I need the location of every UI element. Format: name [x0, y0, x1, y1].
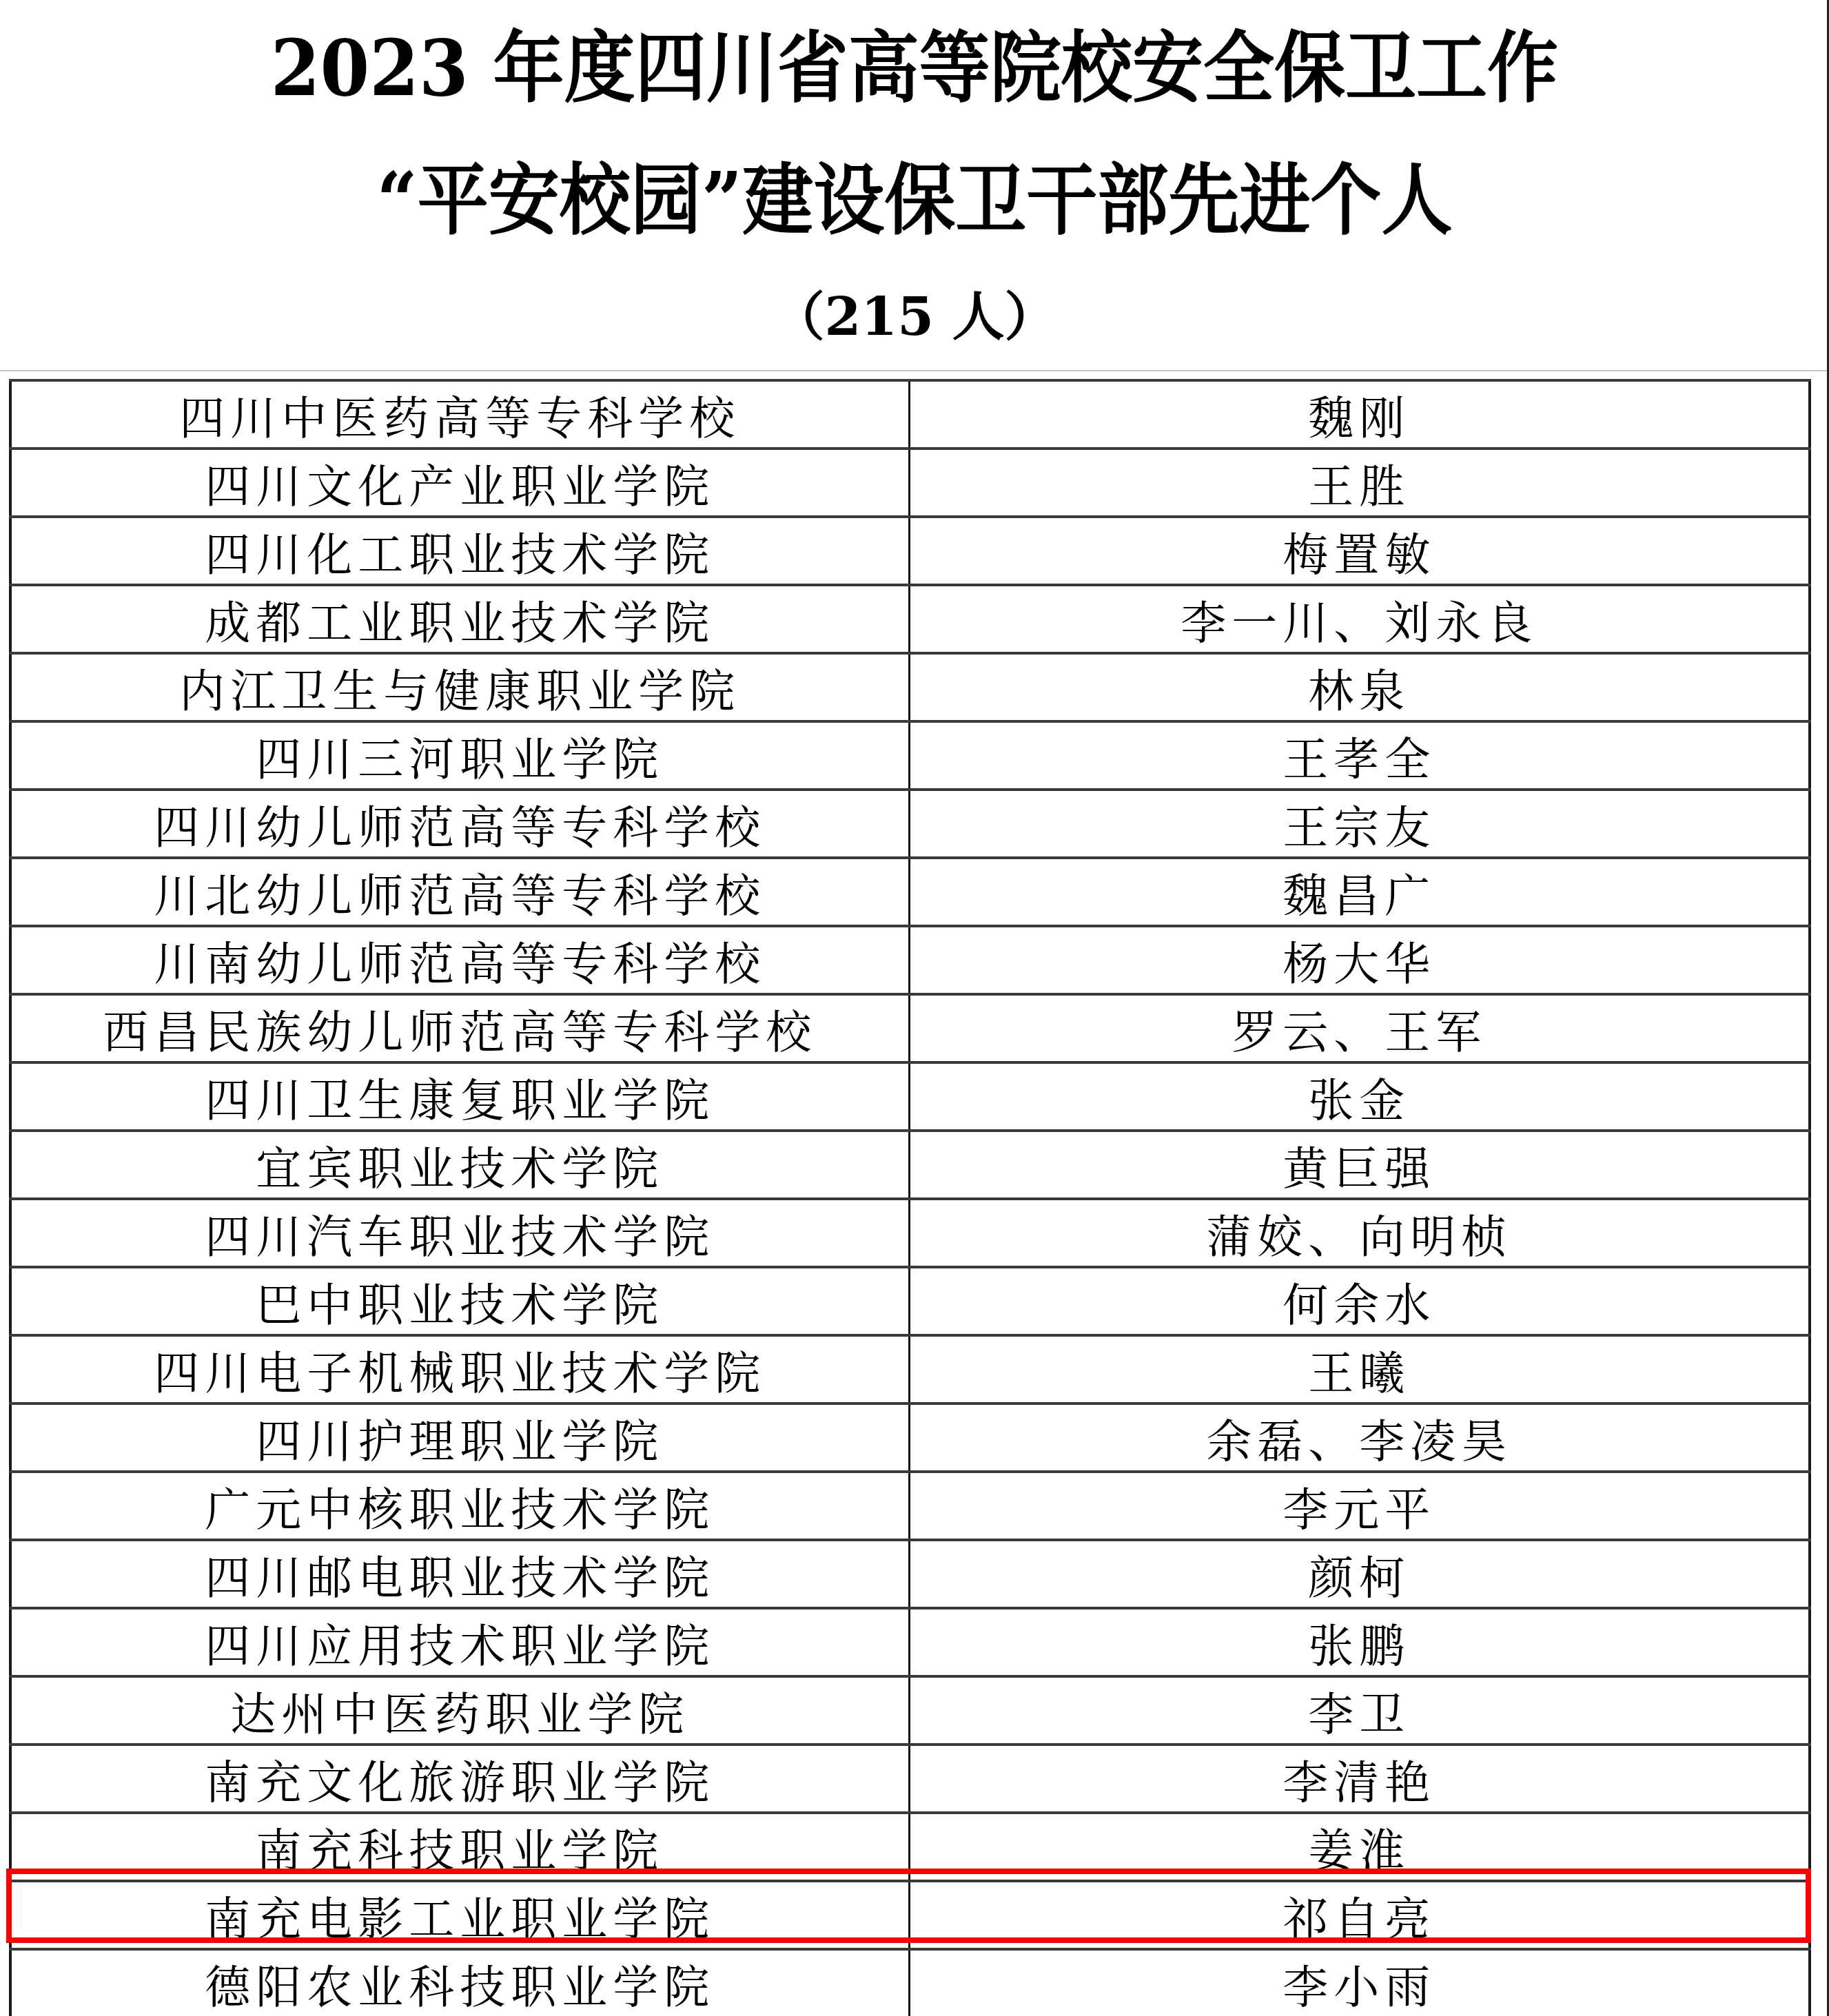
school-cell: 四川幼儿师范高等专科学校 — [10, 790, 909, 858]
document-title-line-1: 2023 年度四川省高等院校安全保卫工作 — [73, 21, 1756, 117]
school-cell: 四川电子机械职业技术学院 — [10, 1335, 909, 1403]
recipient-name-cell: 梅置敏 — [909, 517, 1810, 585]
recipient-name-cell: 罗云、王军 — [909, 994, 1810, 1062]
school-cell: 四川应用技术职业学院 — [10, 1608, 909, 1676]
school-cell: 达州中医药职业学院 — [10, 1676, 909, 1745]
school-cell: 内江卫生与健康职业学院 — [10, 653, 909, 721]
table-row: 四川卫生康复职业学院张金 — [10, 1062, 1810, 1131]
school-cell: 南充文化旅游职业学院 — [10, 1745, 909, 1813]
school-cell: 四川卫生康复职业学院 — [10, 1062, 909, 1131]
school-cell: 四川文化产业职业学院 — [10, 449, 909, 517]
header-divider — [0, 370, 1829, 371]
table-row: 成都工业职业技术学院李一川、刘永良 — [10, 585, 1810, 653]
table-row: 南充文化旅游职业学院李清艳 — [10, 1745, 1810, 1813]
recipient-name-cell: 李卫 — [909, 1676, 1810, 1745]
recipient-name-cell: 林泉 — [909, 653, 1810, 721]
table-row: 达州中医药职业学院李卫 — [10, 1676, 1810, 1745]
recipient-count: （215 人） — [0, 282, 1829, 351]
recipient-name-cell: 杨大华 — [909, 926, 1810, 994]
school-cell: 巴中职业技术学院 — [10, 1267, 909, 1335]
school-cell: 四川汽车职业技术学院 — [10, 1199, 909, 1267]
recipient-name-cell: 李清艳 — [909, 1745, 1810, 1813]
school-cell: 四川护理职业学院 — [10, 1403, 909, 1472]
recipient-name-cell: 姜淮 — [909, 1813, 1810, 1881]
recipient-name-cell: 王曦 — [909, 1335, 1810, 1403]
table-row: 巴中职业技术学院何余水 — [10, 1267, 1810, 1335]
table-row: 广元中核职业技术学院李元平 — [10, 1472, 1810, 1540]
document-title-line-2: “平安校园”建设保卫干部先进个人 — [73, 153, 1756, 249]
recipient-name-cell: 张鹏 — [909, 1608, 1810, 1676]
table-row: 宜宾职业技术学院黄巨强 — [10, 1131, 1810, 1199]
recipient-name-cell: 张金 — [909, 1062, 1810, 1131]
table-row: 川南幼儿师范高等专科学校杨大华 — [10, 926, 1810, 994]
table-row: 川北幼儿师范高等专科学校魏昌广 — [10, 858, 1810, 926]
table-row: 德阳农业科技职业学院李小雨 — [10, 1949, 1810, 2016]
table-row: 南充科技职业学院姜淮 — [10, 1813, 1810, 1881]
recipient-name-cell: 黄巨强 — [909, 1131, 1810, 1199]
table-row: 四川化工职业技术学院梅置敏 — [10, 517, 1810, 585]
table-row: 四川幼儿师范高等专科学校王宗友 — [10, 790, 1810, 858]
recipient-name-cell: 颜柯 — [909, 1540, 1810, 1608]
recipient-name-cell: 余磊、李凌昊 — [909, 1403, 1810, 1472]
table-row: 四川汽车职业技术学院蒲姣、向明桢 — [10, 1199, 1810, 1267]
table-row: 四川电子机械职业技术学院王曦 — [10, 1335, 1810, 1403]
school-cell: 川北幼儿师范高等专科学校 — [10, 858, 909, 926]
table-row: 内江卫生与健康职业学院林泉 — [10, 653, 1810, 721]
school-cell: 川南幼儿师范高等专科学校 — [10, 926, 909, 994]
school-cell: 四川邮电职业技术学院 — [10, 1540, 909, 1608]
recipient-name-cell: 祁自亮 — [909, 1881, 1810, 1949]
award-table: 四川中医药高等专科学校魏刚四川文化产业职业学院王胜四川化工职业技术学院梅置敏成都… — [9, 379, 1811, 2016]
recipient-name-cell: 李小雨 — [909, 1949, 1810, 2016]
school-cell: 南充电影工业职业学院 — [10, 1881, 909, 1949]
table-row: 四川护理职业学院余磊、李凌昊 — [10, 1403, 1810, 1472]
table-row: 四川三河职业学院王孝全 — [10, 721, 1810, 790]
award-table-body: 四川中医药高等专科学校魏刚四川文化产业职业学院王胜四川化工职业技术学院梅置敏成都… — [10, 380, 1810, 2016]
school-cell: 德阳农业科技职业学院 — [10, 1949, 909, 2016]
recipient-name-cell: 魏刚 — [909, 380, 1810, 449]
school-cell: 成都工业职业技术学院 — [10, 585, 909, 653]
school-cell: 四川中医药高等专科学校 — [10, 380, 909, 449]
table-row: 西昌民族幼儿师范高等专科学校罗云、王军 — [10, 994, 1810, 1062]
school-cell: 南充科技职业学院 — [10, 1813, 909, 1881]
table-row-highlighted: 南充电影工业职业学院祁自亮 — [10, 1881, 1810, 1949]
table-row: 四川应用技术职业学院张鹏 — [10, 1608, 1810, 1676]
recipient-name-cell: 王胜 — [909, 449, 1810, 517]
recipient-name-cell: 李一川、刘永良 — [909, 585, 1810, 653]
school-cell: 广元中核职业技术学院 — [10, 1472, 909, 1540]
recipient-name-cell: 王宗友 — [909, 790, 1810, 858]
table-row: 四川文化产业职业学院王胜 — [10, 449, 1810, 517]
recipient-name-cell: 王孝全 — [909, 721, 1810, 790]
recipient-name-cell: 何余水 — [909, 1267, 1810, 1335]
recipient-name-cell: 魏昌广 — [909, 858, 1810, 926]
school-cell: 西昌民族幼儿师范高等专科学校 — [10, 994, 909, 1062]
school-cell: 四川化工职业技术学院 — [10, 517, 909, 585]
school-cell: 四川三河职业学院 — [10, 721, 909, 790]
school-cell: 宜宾职业技术学院 — [10, 1131, 909, 1199]
table-row: 四川邮电职业技术学院颜柯 — [10, 1540, 1810, 1608]
recipient-name-cell: 李元平 — [909, 1472, 1810, 1540]
table-row: 四川中医药高等专科学校魏刚 — [10, 380, 1810, 449]
recipient-name-cell: 蒲姣、向明桢 — [909, 1199, 1810, 1267]
